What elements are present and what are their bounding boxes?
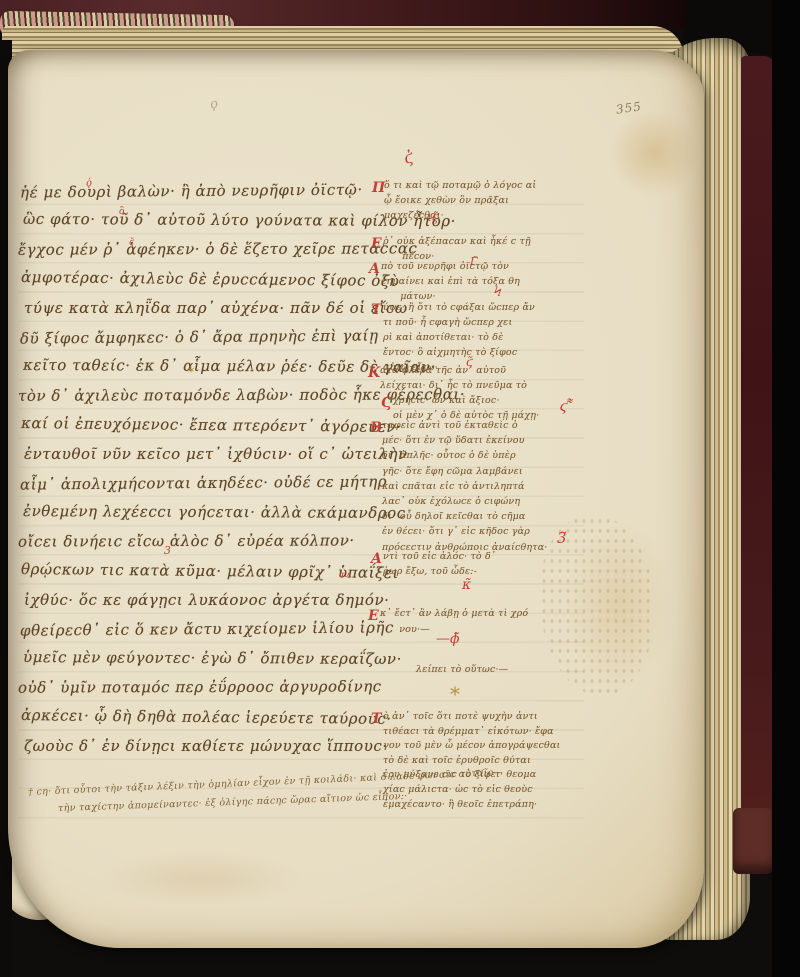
margin-symbol: ϙ́ (85, 179, 92, 190)
margin-symbol: * (450, 684, 460, 704)
margin-symbol: * (188, 366, 194, 378)
margin-symbol: ιϛ̃ (427, 211, 438, 223)
margin-symbol: 3 (164, 545, 171, 556)
margin-symbol: ϛ̃ (466, 356, 473, 368)
margin-symbol: ϛ̓ (402, 149, 415, 167)
margin-symbol: ὃ (119, 208, 124, 217)
margin-symbol: 3̃ (557, 531, 567, 546)
margin-symbol: ϛ̌ (129, 239, 134, 248)
manuscript-photo: 355 ϙ ἠέ με δουρὶ βαλὼν· ἢ ἀπὸ νευρῆφιν … (0, 0, 800, 977)
rubric-marks: ϛ̓ιϛ̃Γ̃Ϟϛ̃ϛ͌3̃κ̃—ϕ̃*ϙ́ὃϛ̌*3αν (0, 0, 800, 977)
margin-symbol: Ϟ (494, 286, 502, 299)
margin-symbol: Γ̃ (470, 256, 478, 267)
margin-symbol: —ϕ̃ (436, 632, 460, 646)
margin-symbol: ϛ͌ (559, 398, 568, 416)
margin-symbol: κ̃ (462, 578, 471, 592)
margin-symbol: αν (339, 571, 349, 579)
